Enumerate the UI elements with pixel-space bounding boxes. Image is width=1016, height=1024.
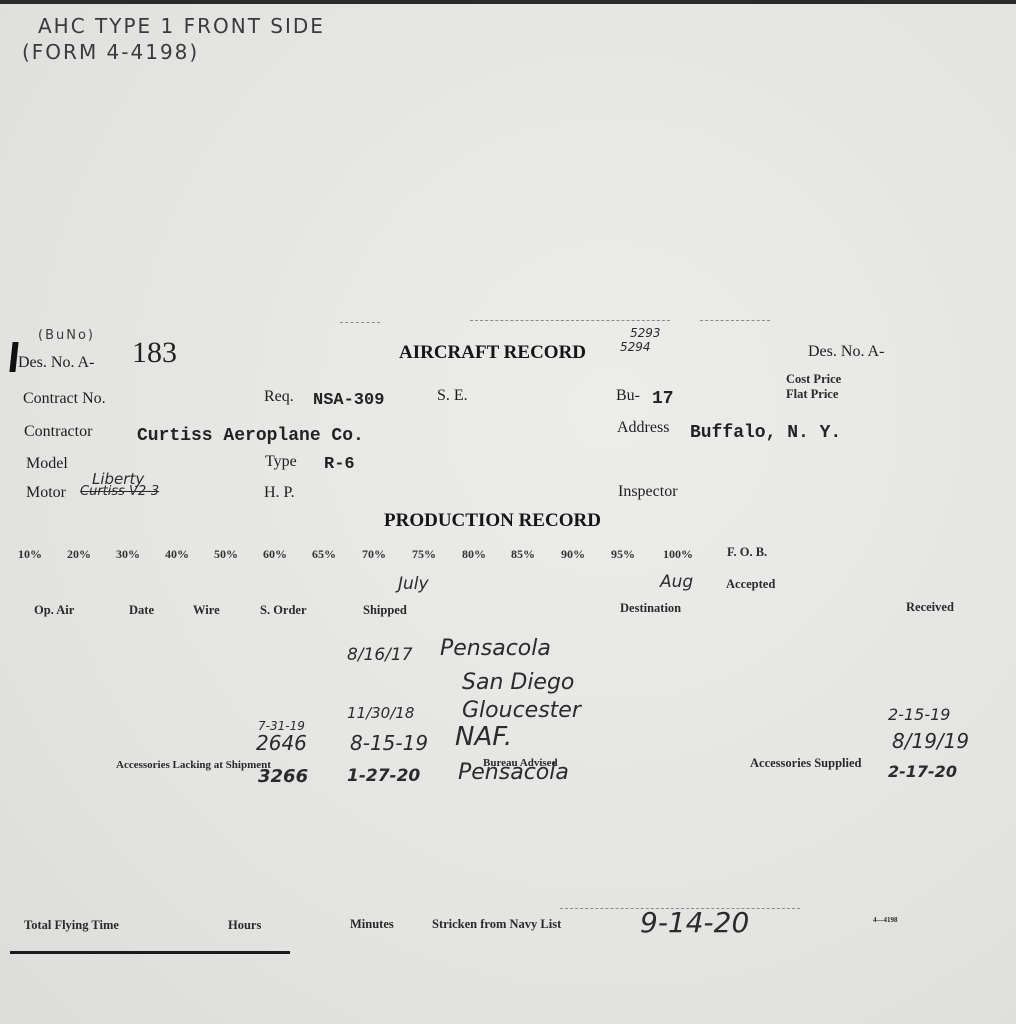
inspector-label: Inspector	[618, 483, 678, 501]
annotation-line1: AHC TYPE 1 FRONT SIDE	[38, 14, 325, 38]
shipped-date-5: 1-27-20	[347, 766, 420, 786]
percentage-marker: 20%	[67, 547, 91, 562]
scan-edge	[0, 0, 1016, 4]
motor-label: Motor	[26, 484, 66, 502]
shipped-date-4: 8-15-19	[350, 731, 428, 755]
fob-label: F. O. B.	[727, 545, 767, 560]
header-wire: Wire	[193, 603, 220, 618]
percentage-marker: 70%	[362, 547, 386, 562]
type-label: Type	[265, 453, 297, 471]
bu-value: 17	[652, 389, 674, 409]
hp-label: H. P.	[264, 484, 295, 502]
model-label: Model	[26, 455, 68, 473]
stricken-label: Stricken from Navy List	[432, 917, 561, 932]
des-no-value: 183	[132, 336, 177, 370]
stricken-value: 9-14-20	[640, 906, 749, 939]
percentage-marker: 65%	[312, 547, 336, 562]
hours-label: Hours	[228, 918, 261, 933]
contractor-label: Contractor	[24, 423, 92, 441]
header-op-air: Op. Air	[34, 603, 74, 618]
address-label: Address	[617, 419, 669, 437]
flat-price-label: Flat Price	[786, 387, 838, 402]
contractor-value: Curtiss Aeroplane Co.	[137, 426, 364, 446]
destination-2: San Diego	[462, 670, 574, 695]
faint-marks	[700, 320, 770, 321]
shipped-date-1: 8/16/17	[347, 645, 413, 665]
aircraft-record-title: AIRCRAFT RECORD	[399, 342, 586, 364]
destination-5: Pensacola	[458, 760, 569, 785]
july-note: July	[398, 574, 429, 594]
se-label: S. E.	[437, 387, 468, 405]
req-label: Req.	[264, 388, 294, 406]
faint-marks	[470, 320, 670, 321]
total-flying-time-label: Total Flying Time	[24, 918, 119, 933]
document-page: AHC TYPE 1 FRONT SIDE (FORM 4-4198) (BuN…	[0, 0, 1016, 1024]
type-value: R-6	[324, 455, 355, 474]
footer-rule	[10, 951, 290, 954]
motor-struck-value: Curtiss V2-3	[80, 484, 159, 499]
header-destination: Destination	[620, 601, 681, 616]
des-no-right-label: Des. No. A-	[808, 343, 884, 361]
percentage-marker: 85%	[511, 547, 535, 562]
address-value: Buffalo, N. Y.	[690, 423, 841, 443]
received-date-5: 2-17-20	[888, 762, 957, 781]
shipped-date-3: 11/30/18	[347, 704, 414, 722]
accessories-lacking-label: Accessories Lacking at Shipment	[116, 759, 271, 771]
percentage-marker: 40%	[165, 547, 189, 562]
header-s-order: S. Order	[260, 603, 307, 618]
buno-note: (BuNo)	[38, 328, 95, 343]
faint-marks	[340, 322, 380, 323]
percentage-marker: 10%	[18, 547, 42, 562]
form-number: 4—4198	[873, 916, 898, 924]
percentage-marker: 95%	[611, 547, 635, 562]
received-date-4: 8/19/19	[892, 729, 969, 753]
percentage-marker: 90%	[561, 547, 585, 562]
annotation-line2: (FORM 4-4198)	[22, 40, 199, 64]
s-order-4: 2646	[256, 731, 307, 755]
accessories-supplied-label: Accessories Supplied	[750, 756, 861, 771]
production-record-title: PRODUCTION RECORD	[384, 510, 601, 532]
destination-4: NAF.	[455, 722, 512, 752]
minutes-label: Minutes	[350, 917, 394, 932]
percentage-marker: 75%	[412, 547, 436, 562]
percentage-marker: 100%	[663, 547, 693, 562]
header-date: Date	[129, 603, 154, 618]
bu-label: Bu-	[616, 387, 640, 405]
handwritten-number-2: 5294	[620, 340, 651, 354]
destination-3: Gloucester	[462, 698, 581, 723]
percentage-marker: 50%	[214, 547, 238, 562]
percentage-marker: 60%	[263, 547, 287, 562]
req-value: NSA-309	[313, 391, 384, 410]
destination-1: Pensacola	[440, 636, 551, 661]
header-shipped: Shipped	[363, 603, 407, 618]
percentage-marker: 80%	[462, 547, 486, 562]
percentage-marker: 30%	[116, 547, 140, 562]
aug-note: Aug	[660, 572, 693, 592]
s-order-5: 3266	[258, 766, 308, 787]
des-no-label: Des. No. A-	[18, 354, 94, 372]
accepted-label: Accepted	[726, 577, 775, 592]
handwritten-number-1: 5293	[630, 326, 661, 340]
contract-no-label: Contract No.	[23, 390, 106, 408]
cost-price-label: Cost Price	[786, 372, 841, 387]
header-received: Received	[906, 600, 954, 615]
received-date-3: 2-15-19	[888, 705, 950, 724]
